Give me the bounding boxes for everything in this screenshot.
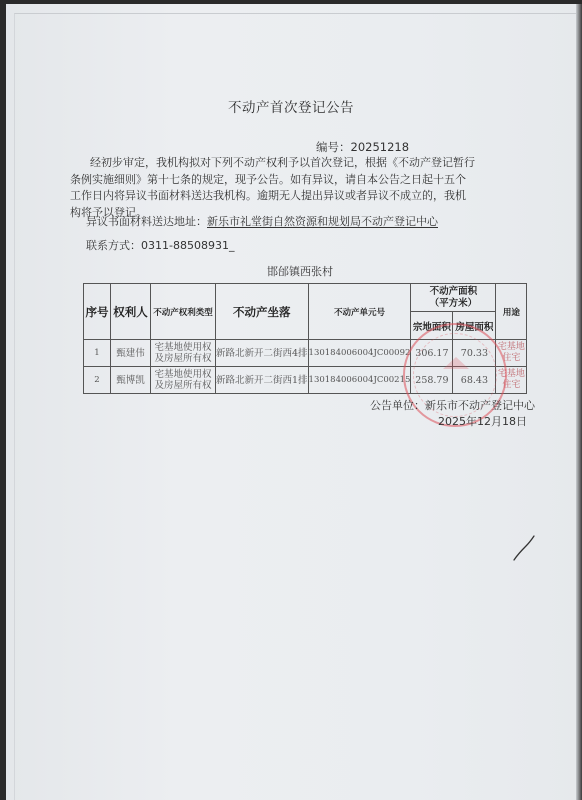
usage-line1: 宅基地 xyxy=(496,369,526,380)
cell-holder: 甄建伟 xyxy=(111,340,151,367)
header-building-area: 房屋面积 xyxy=(453,312,496,340)
cell-right-type: 宅基地使用权 及房屋所有权 xyxy=(151,367,216,394)
document-title: 不动产首次登记公告 xyxy=(0,96,582,116)
area-group-line2: （平方米） xyxy=(411,298,495,310)
header-holder: 权利人 xyxy=(111,284,151,340)
cell-building-area: 70.33 xyxy=(453,340,496,367)
header-index: 序号 xyxy=(84,284,111,340)
right-type-line2: 及房屋所有权 xyxy=(151,380,215,391)
cell-holder: 甄博凯 xyxy=(111,367,151,394)
right-type-line2: 及房屋所有权 xyxy=(151,353,215,364)
contact-info: 联系方式：0311-88508931_ xyxy=(86,237,234,253)
header-land-area: 宗地面积 xyxy=(411,312,453,340)
header-usage: 用途 xyxy=(496,284,527,340)
cell-index: 1 xyxy=(84,340,111,367)
cell-unit-no: 130184006004JC00215 xyxy=(308,367,411,394)
table-row: 1 甄建伟 宅基地使用权 及房屋所有权 新路北新开二街西4排 130184006… xyxy=(84,340,527,367)
cell-building-area: 68.43 xyxy=(453,367,496,394)
cell-index: 2 xyxy=(84,367,111,394)
cell-usage: 宅基地 住宅 xyxy=(496,340,527,367)
usage-line1: 宅基地 xyxy=(496,342,526,353)
contact-value: 0311-88508931_ xyxy=(141,239,234,252)
header-right-type: 不动产权利类型 xyxy=(151,284,216,340)
registration-table: 序号 权利人 不动产权利类型 不动产坐落 不动产单元号 不动产面积 （平方米） … xyxy=(83,283,527,394)
serial-number: 编号：20251218 xyxy=(316,139,409,155)
pen-mark-icon xyxy=(510,534,540,564)
right-type-line1: 宅基地使用权 xyxy=(151,369,215,380)
area-group-line1: 不动产面积 xyxy=(411,286,495,298)
cell-unit-no: 130184006004JC00092 xyxy=(308,340,411,367)
scan-shadow xyxy=(576,4,582,800)
usage-line2: 住宅 xyxy=(496,380,526,391)
announcement-paragraph: 经初步审定，我机构拟对下列不动产权利予以首次登记，根据《不动产登记暂行条例实施细… xyxy=(70,155,475,221)
header-unit-no: 不动产单元号 xyxy=(308,284,411,340)
header-location: 不动产坐落 xyxy=(216,284,309,340)
contact-label: 联系方式： xyxy=(86,239,141,252)
issue-date: 2025年12月18日 xyxy=(438,413,527,429)
cell-location: 新路北新开二街西1排 xyxy=(216,367,309,394)
address-label: 异议书面材料送达地址： xyxy=(86,215,207,228)
cell-land-area: 258.79 xyxy=(411,367,453,394)
cell-land-area: 306.17 xyxy=(411,340,453,367)
cell-usage: 宅基地 住宅 xyxy=(496,367,527,394)
address-value: 新乐市礼堂街自然资源和规划局不动产登记中心 xyxy=(207,215,438,228)
header-area-group: 不动产面积 （平方米） xyxy=(411,284,496,312)
objection-address: 异议书面材料送达地址：新乐市礼堂街自然资源和规划局不动产登记中心 xyxy=(86,213,438,229)
usage-line2: 住宅 xyxy=(496,353,526,364)
right-type-line1: 宅基地使用权 xyxy=(151,342,215,353)
table-row: 2 甄博凯 宅基地使用权 及房屋所有权 新路北新开二街西1排 130184006… xyxy=(84,367,527,394)
serial-value: 20251218 xyxy=(351,140,410,154)
village-heading: 邯邰镇西张村 xyxy=(0,263,582,279)
cell-right-type: 宅基地使用权 及房屋所有权 xyxy=(151,340,216,367)
cell-location: 新路北新开二街西4排 xyxy=(216,340,309,367)
serial-label: 编号： xyxy=(316,140,351,154)
issuing-unit: 公告单位：新乐市不动产登记中心 xyxy=(370,397,535,413)
